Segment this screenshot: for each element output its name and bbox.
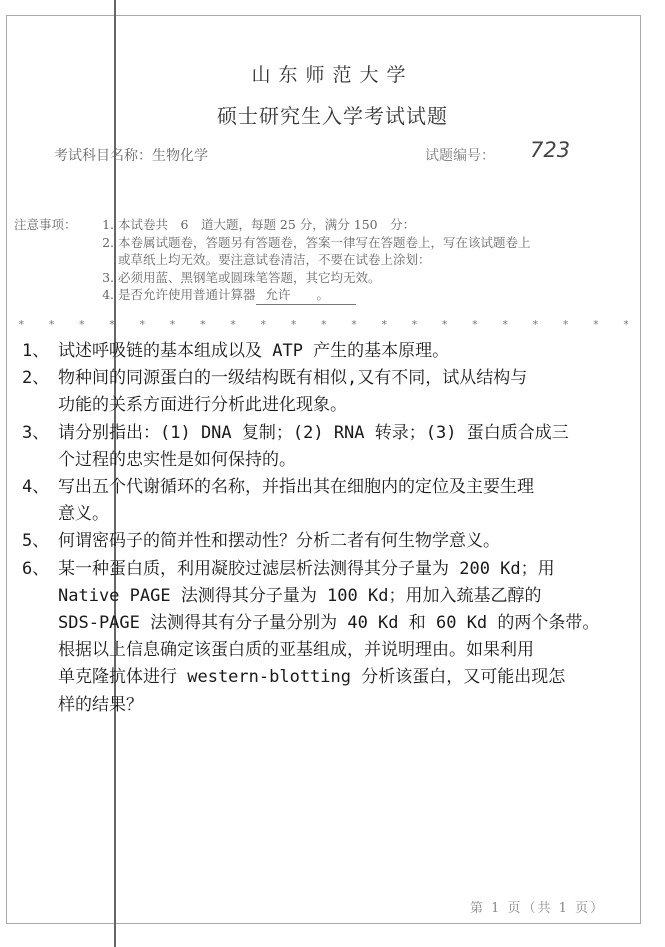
question-text: 物种间的同源蛋白的一级结构既有相似,又有不同，试从结构与 [58, 365, 637, 392]
question-text: 写出五个代谢循环的名称，并指出其在细胞内的定位及主要生理 [58, 474, 637, 501]
question-number: 6、 [22, 556, 49, 583]
question-number: 3、 [22, 420, 49, 447]
subject-field: 考试科目名称：生物化学 [54, 145, 208, 165]
note-text: 或草纸上均无效。要注意试卷清洁，不要在试卷上涂划： [118, 251, 431, 269]
note-text: 本试卷共 6 道大题，每题 25 分，满分 150 分： [118, 216, 415, 234]
note-text: 本卷属试题卷，答题另有答题卷，答案一律写在答题卷上，写在该试题卷上 [118, 234, 531, 252]
separator-dots: * * * * * * * * * * * * * * * * * * * * … [18, 318, 628, 331]
question-text: 个过程的忠实性是如何保持的。 [58, 447, 637, 474]
question-item: 2、 物种间的同源蛋白的一级结构既有相似,又有不同，试从结构与 功能的关系方面进… [22, 365, 637, 419]
question-text: 意义。 [58, 501, 637, 528]
question-text: 功能的关系方面进行分析此进化现象。 [58, 392, 637, 419]
question-text: 根据以上信息确定该蛋白质的亚基组成，并说明理由。如果利用 [58, 637, 637, 664]
calculator-question: 是否允许使用普通计算器 [118, 287, 256, 302]
subject-label: 考试科目名称： [54, 148, 152, 164]
question-number: 2、 [22, 365, 49, 392]
questions-list: 1、 试述呼吸链的基本组成以及 ATP 产生的基本原理。 2、 物种间的同源蛋白… [22, 338, 637, 719]
question-text: 试述呼吸链的基本组成以及 ATP 产生的基本原理。 [58, 338, 637, 365]
question-number: 5、 [22, 528, 49, 555]
page-number: 第 1 页（共 1 页） [470, 897, 605, 916]
note-number: 3. [14, 269, 114, 287]
note-number: 1. [14, 216, 114, 234]
question-text: 何谓密码子的简并性和摆动性？分析二者有何生物学意义。 [58, 528, 637, 555]
note-number: 2. [14, 234, 114, 252]
question-item: 4、 写出五个代谢循环的名称，并指出其在细胞内的定位及主要生理 意义。 [22, 474, 637, 528]
question-number: 1、 [22, 338, 49, 365]
exam-title: 硕士研究生入学考试试题 [0, 100, 665, 129]
question-item: 1、 试述呼吸链的基本组成以及 ATP 产生的基本原理。 [22, 338, 637, 365]
note-text: 是否允许使用普通计算器允许。 [118, 286, 356, 305]
question-text: 单克隆抗体进行 western-blotting 分析该蛋白，又可能出现怎 [58, 664, 637, 691]
calculator-answer-suffix: 。 [317, 287, 330, 302]
question-item: 3、 请分别指出：(1) DNA 复制；(2) RNA 转录；(3) 蛋白质合成… [22, 420, 637, 474]
note-text: 必须用蓝、黑钢笔或圆珠笔答题，其它均无效。 [118, 269, 381, 287]
question-item: 5、 何谓密码子的简并性和摆动性？分析二者有何生物学意义。 [22, 528, 637, 555]
question-item: 6、 某一种蛋白质，利用凝胶过滤层析法测得其分子量为 200 Kd；用 Nati… [22, 556, 637, 719]
question-text: 请分别指出：(1) DNA 复制；(2) RNA 转录；(3) 蛋白质合成三 [58, 420, 637, 447]
question-number: 4、 [22, 474, 49, 501]
calculator-answer: 允许 [266, 287, 291, 302]
exam-code-value: 723 [530, 138, 570, 162]
exam-code-label: 试题编号： [425, 145, 495, 165]
subject-value: 生物化学 [152, 148, 208, 164]
note-number: 4. [14, 286, 114, 304]
question-text: 样的结果？ [58, 692, 637, 719]
university-title: 山东师范大学 [0, 60, 665, 87]
question-text: Native PAGE 法测得其分子量为 100 Kd；用加入巯基乙醇的 [58, 583, 637, 610]
question-text: 某一种蛋白质，利用凝胶过滤层析法测得其分子量为 200 Kd；用 [58, 556, 637, 583]
question-text: SDS-PAGE 法测得其有分子量分别为 40 Kd 和 60 Kd 的两个条带… [58, 610, 637, 637]
